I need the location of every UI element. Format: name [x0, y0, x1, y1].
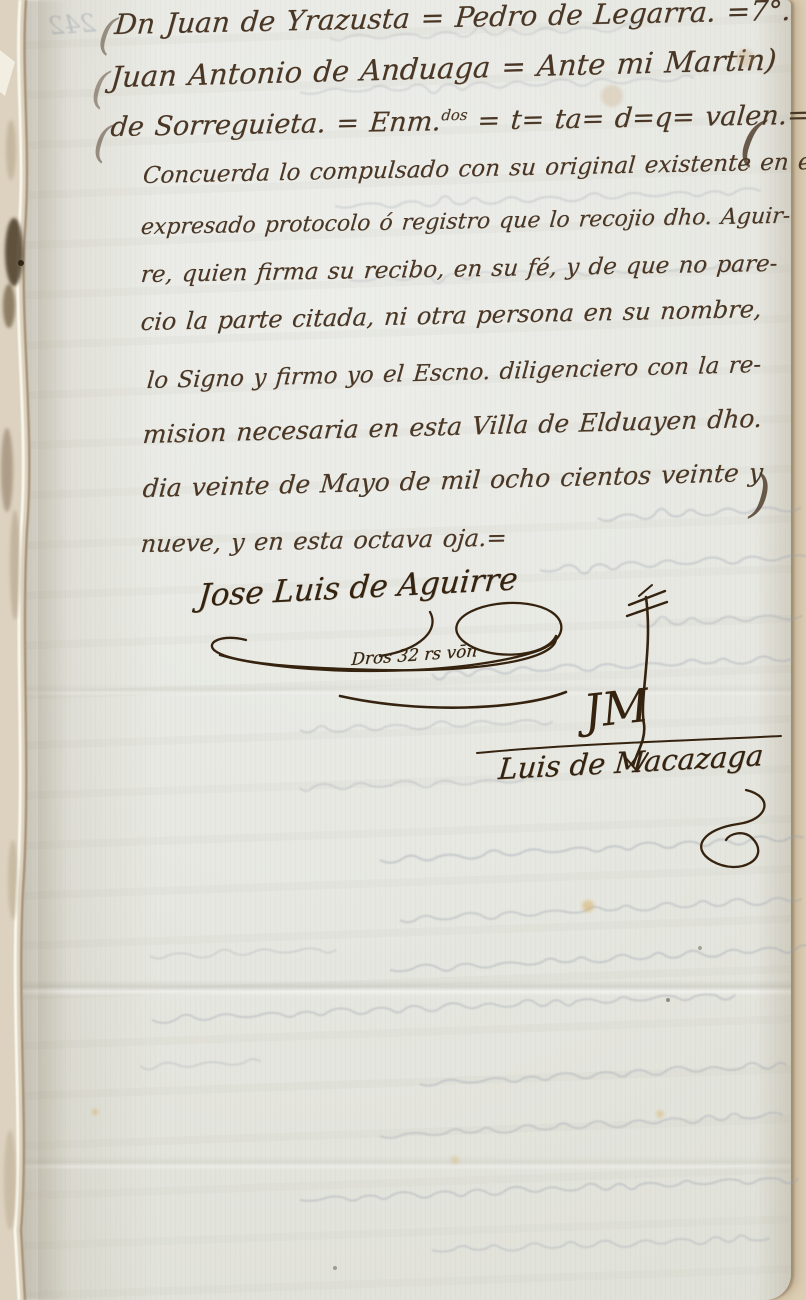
margin-paren-mark: ( — [96, 12, 119, 58]
paper-page: 242 Jose Luis de Aguirre Dros 32 rs vōn … — [0, 0, 791, 1300]
manuscript-line-8: lo Signo y firmo yo el Escno. diligencie… — [146, 352, 762, 394]
manuscript-line-7: cio la parte citada, ni otra persona en … — [140, 295, 763, 336]
manuscript-line-11: nueve, y en esta octava oja.= — [140, 524, 508, 558]
margin-paren-mark: ( — [91, 120, 113, 166]
manuscript-line-3: de Sorreguieta. = Enm.dos = t= ta= d=q= … — [109, 100, 806, 143]
manuscript-scan: 242 Jose Luis de Aguirre Dros 32 rs vōn … — [0, 0, 806, 1300]
signature-luis-de-macazaga: Luis de Macazaga — [497, 738, 765, 786]
margin-paren-mark: ( — [89, 66, 111, 112]
manuscript-line-1: Dn Juan de Yrazusta = Pedro de Legarra. … — [113, 0, 792, 41]
manuscript-line-4: Concuerda lo compulsado con su original … — [142, 149, 806, 189]
fee-annotation: Dros 32 rs vōn — [351, 641, 478, 670]
manuscript-line-5: expresado protocolo ó registro que lo re… — [140, 204, 791, 240]
folio-number-showthrough: 242 — [47, 8, 97, 40]
manuscript-text-layer: 242 Jose Luis de Aguirre Dros 32 rs vōn … — [0, 0, 791, 1300]
signature-jose-luis-de-aguirre: Jose Luis de Aguirre — [197, 561, 519, 614]
manuscript-line-10: dia veinte de Mayo de mil ocho cientos v… — [142, 458, 764, 503]
manuscript-line-9: mision necesaria en esta Villa de Elduay… — [142, 404, 763, 449]
manuscript-line-2: Juan Antonio de Anduaga = Ante mi Martin… — [109, 43, 777, 95]
margin-paren-mark: ) — [748, 468, 772, 521]
manuscript-line-6: re, quien firma su recibo, en su fé, y d… — [140, 251, 779, 288]
